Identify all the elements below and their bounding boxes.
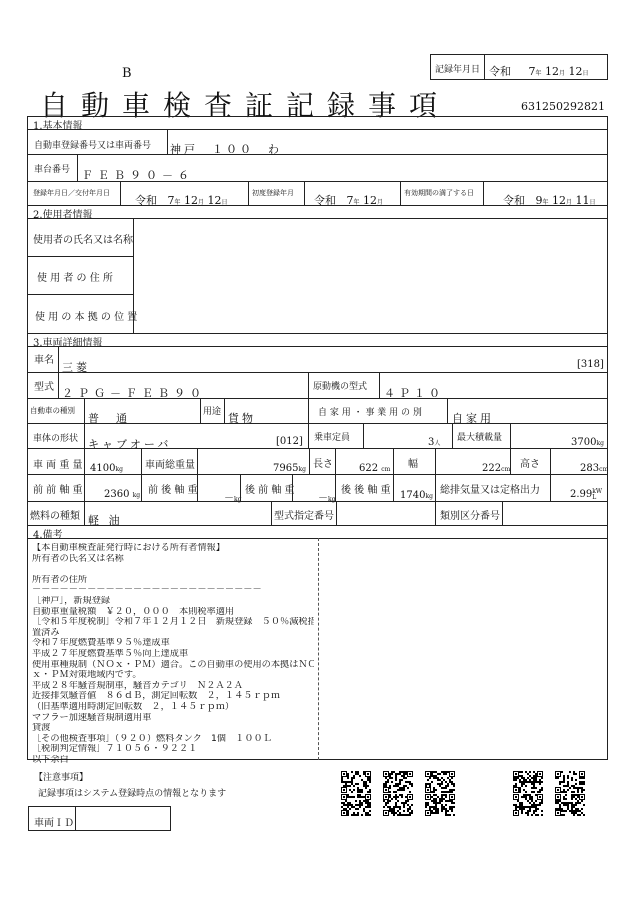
gross-weight-value: 7965kg — [273, 463, 306, 474]
remarks-text: 【本自動車検査証発行時における所有者情報】所有者の氏名又は名称 所有者の住所－－… — [32, 543, 314, 765]
make-label: 車名 — [34, 351, 54, 366]
first-reg-label: 初度登録年月 — [252, 188, 294, 198]
length-label: 長さ — [313, 455, 333, 470]
remark-line: 平成２７年度燃費基準５％向上達成車 — [32, 649, 314, 660]
qr-code-3 — [425, 771, 455, 793]
qr-code-6 — [425, 794, 455, 816]
ff-axle-value: 2360 kg — [104, 489, 140, 500]
remark-line — [32, 564, 314, 575]
engine-label: 原動機の型式 — [313, 379, 367, 392]
rr-axle-value: 1740kg — [400, 490, 433, 501]
body-code: [012] — [276, 436, 303, 447]
remark-line: マフラー加速騒音規制適用車 — [32, 713, 314, 724]
width-value: 222cm — [482, 463, 510, 474]
category-number-label: 類別区分番号 — [440, 507, 500, 522]
vehicle-weight-label: 車 両 重 量 — [33, 456, 83, 471]
remark-line: ［その他検査事項］（９２０）燃料タンク 1個 １００Ｌ — [32, 734, 314, 745]
remark-line: 令和７年度燃費基準９５％達成車 — [32, 638, 314, 649]
remark-line: ［神戸］，新規登録 — [32, 596, 314, 607]
capacity-value: 3人 — [428, 437, 440, 448]
body-label: 車体の形状 — [33, 431, 78, 444]
header-small-letter: B — [122, 66, 132, 81]
rf-axle-label: 後 前 軸 重 — [245, 481, 295, 496]
remark-line: ［令和５年度税制］令和７年１２月１２日 新規登録 ５０％減税措 — [32, 617, 314, 628]
chassis-label: 車台番号 — [34, 162, 70, 175]
remark-line: 以下余白 — [32, 755, 314, 766]
length-value: 622 cm — [359, 463, 390, 474]
expiry-label: 有効期間の満了する日 — [404, 188, 474, 198]
reg-date-label: 登録年月日／交付年月日 — [33, 188, 110, 198]
displacement-value: 2.99kWL — [570, 489, 602, 501]
user-address-label: 使 用 者 の 住 所 — [37, 269, 113, 284]
vehicle-id-label: 車両ＩＤ — [34, 814, 74, 829]
private-business-label: 自 家 用 ・ 事 業 用 の 別 — [318, 405, 422, 418]
remark-line: 置済み — [32, 628, 314, 639]
category-label: 自動車の種別 — [30, 405, 75, 416]
qr-code-7 — [513, 771, 543, 793]
user-name-label: 使用者の氏名又は名称 — [33, 231, 133, 246]
qr-code-9 — [513, 794, 543, 816]
remark-line: 使用車種規制（ＮＯｘ・ＰＭ）適合。この自動車の使用の本拠はＮＯ — [32, 660, 314, 671]
remark-line: 所有者の氏名又は名称 — [32, 554, 314, 565]
remark-line: ｘ・ＰＭ対策地域内です。 — [32, 670, 314, 681]
fuel-label: 燃料の種類 — [30, 507, 80, 522]
remark-line: 所有者の住所 — [32, 575, 314, 586]
qr-code-2 — [383, 771, 413, 793]
remark-line: （旧基準適用時測定回転数 ２，１４５ｒｐｍ） — [32, 702, 314, 713]
registration-label: 自動車登録番号又は車両番号 — [34, 138, 151, 151]
remarks-divider — [318, 538, 319, 760]
body-value: キャブオーバ — [88, 436, 171, 452]
remark-line: 近接排気騒音値 ８６ｄＢ，測定回転数 ２，１４５ｒｐｍ — [32, 691, 314, 702]
qr-code-1 — [341, 771, 371, 793]
gross-weight-label: 車両総重量 — [145, 456, 195, 471]
use-label: 用途 — [203, 404, 221, 417]
document-number: 631250292821 — [521, 100, 605, 113]
remark-line: 【本自動車検査証発行時における所有者情報】 — [32, 543, 314, 554]
height-value: 283cm — [580, 463, 608, 474]
remark-line: 貸渡 — [32, 723, 314, 734]
displacement-label: 総排気量又は定格出力 — [440, 481, 540, 496]
qr-code-10 — [555, 794, 585, 816]
qr-code-5 — [383, 794, 413, 816]
make-code: [318] — [577, 359, 604, 370]
height-label: 高さ — [520, 455, 540, 470]
remark-line: ［税制判定情報］７１０５６・９２２１ — [32, 744, 314, 755]
base-location-label: 使 用 の 本 拠 の 位 置 — [35, 308, 137, 323]
fr-axle-label: 前 後 軸 重 — [148, 481, 198, 496]
remark-line: 平成２８年騒音規制車，騒音カテゴリ Ｎ２Ａ２Ａ — [32, 681, 314, 692]
type-designation-label: 型式指定番号 — [274, 507, 334, 522]
notice-title: 【注意事項】 — [34, 770, 88, 783]
remark-line: 自動車重量税額 ￥２０，０００ 本則税率適用 — [32, 607, 314, 618]
rr-axle-label: 後 後 軸 重 — [341, 481, 391, 496]
vehicle-weight-value: 4100kg — [90, 463, 123, 474]
capacity-label: 乗車定員 — [314, 430, 350, 443]
qr-code-4 — [341, 794, 371, 816]
model-label: 型式 — [34, 378, 54, 393]
notice-text: 記録事項はシステム登録時点の情報となります — [38, 786, 226, 799]
ff-axle-label: 前 前 軸 重 — [33, 481, 83, 496]
record-date-value: 令和 7年 12月 12日 — [489, 63, 589, 79]
qr-code-8 — [555, 771, 585, 793]
max-load-label: 最大積載量 — [457, 430, 502, 443]
width-label: 幅 — [408, 455, 418, 470]
record-date-box: 記録年月日 令和 7年 12月 12日 — [430, 54, 608, 80]
max-load-value: 3700kg — [571, 437, 604, 448]
remark-line: －－－－－－－－－－－－－－－－－－－－－－－－－ — [32, 585, 314, 596]
vehicle-id-box: 車両ＩＤ — [28, 806, 171, 831]
record-date-label: 記録年月日 — [435, 62, 480, 75]
